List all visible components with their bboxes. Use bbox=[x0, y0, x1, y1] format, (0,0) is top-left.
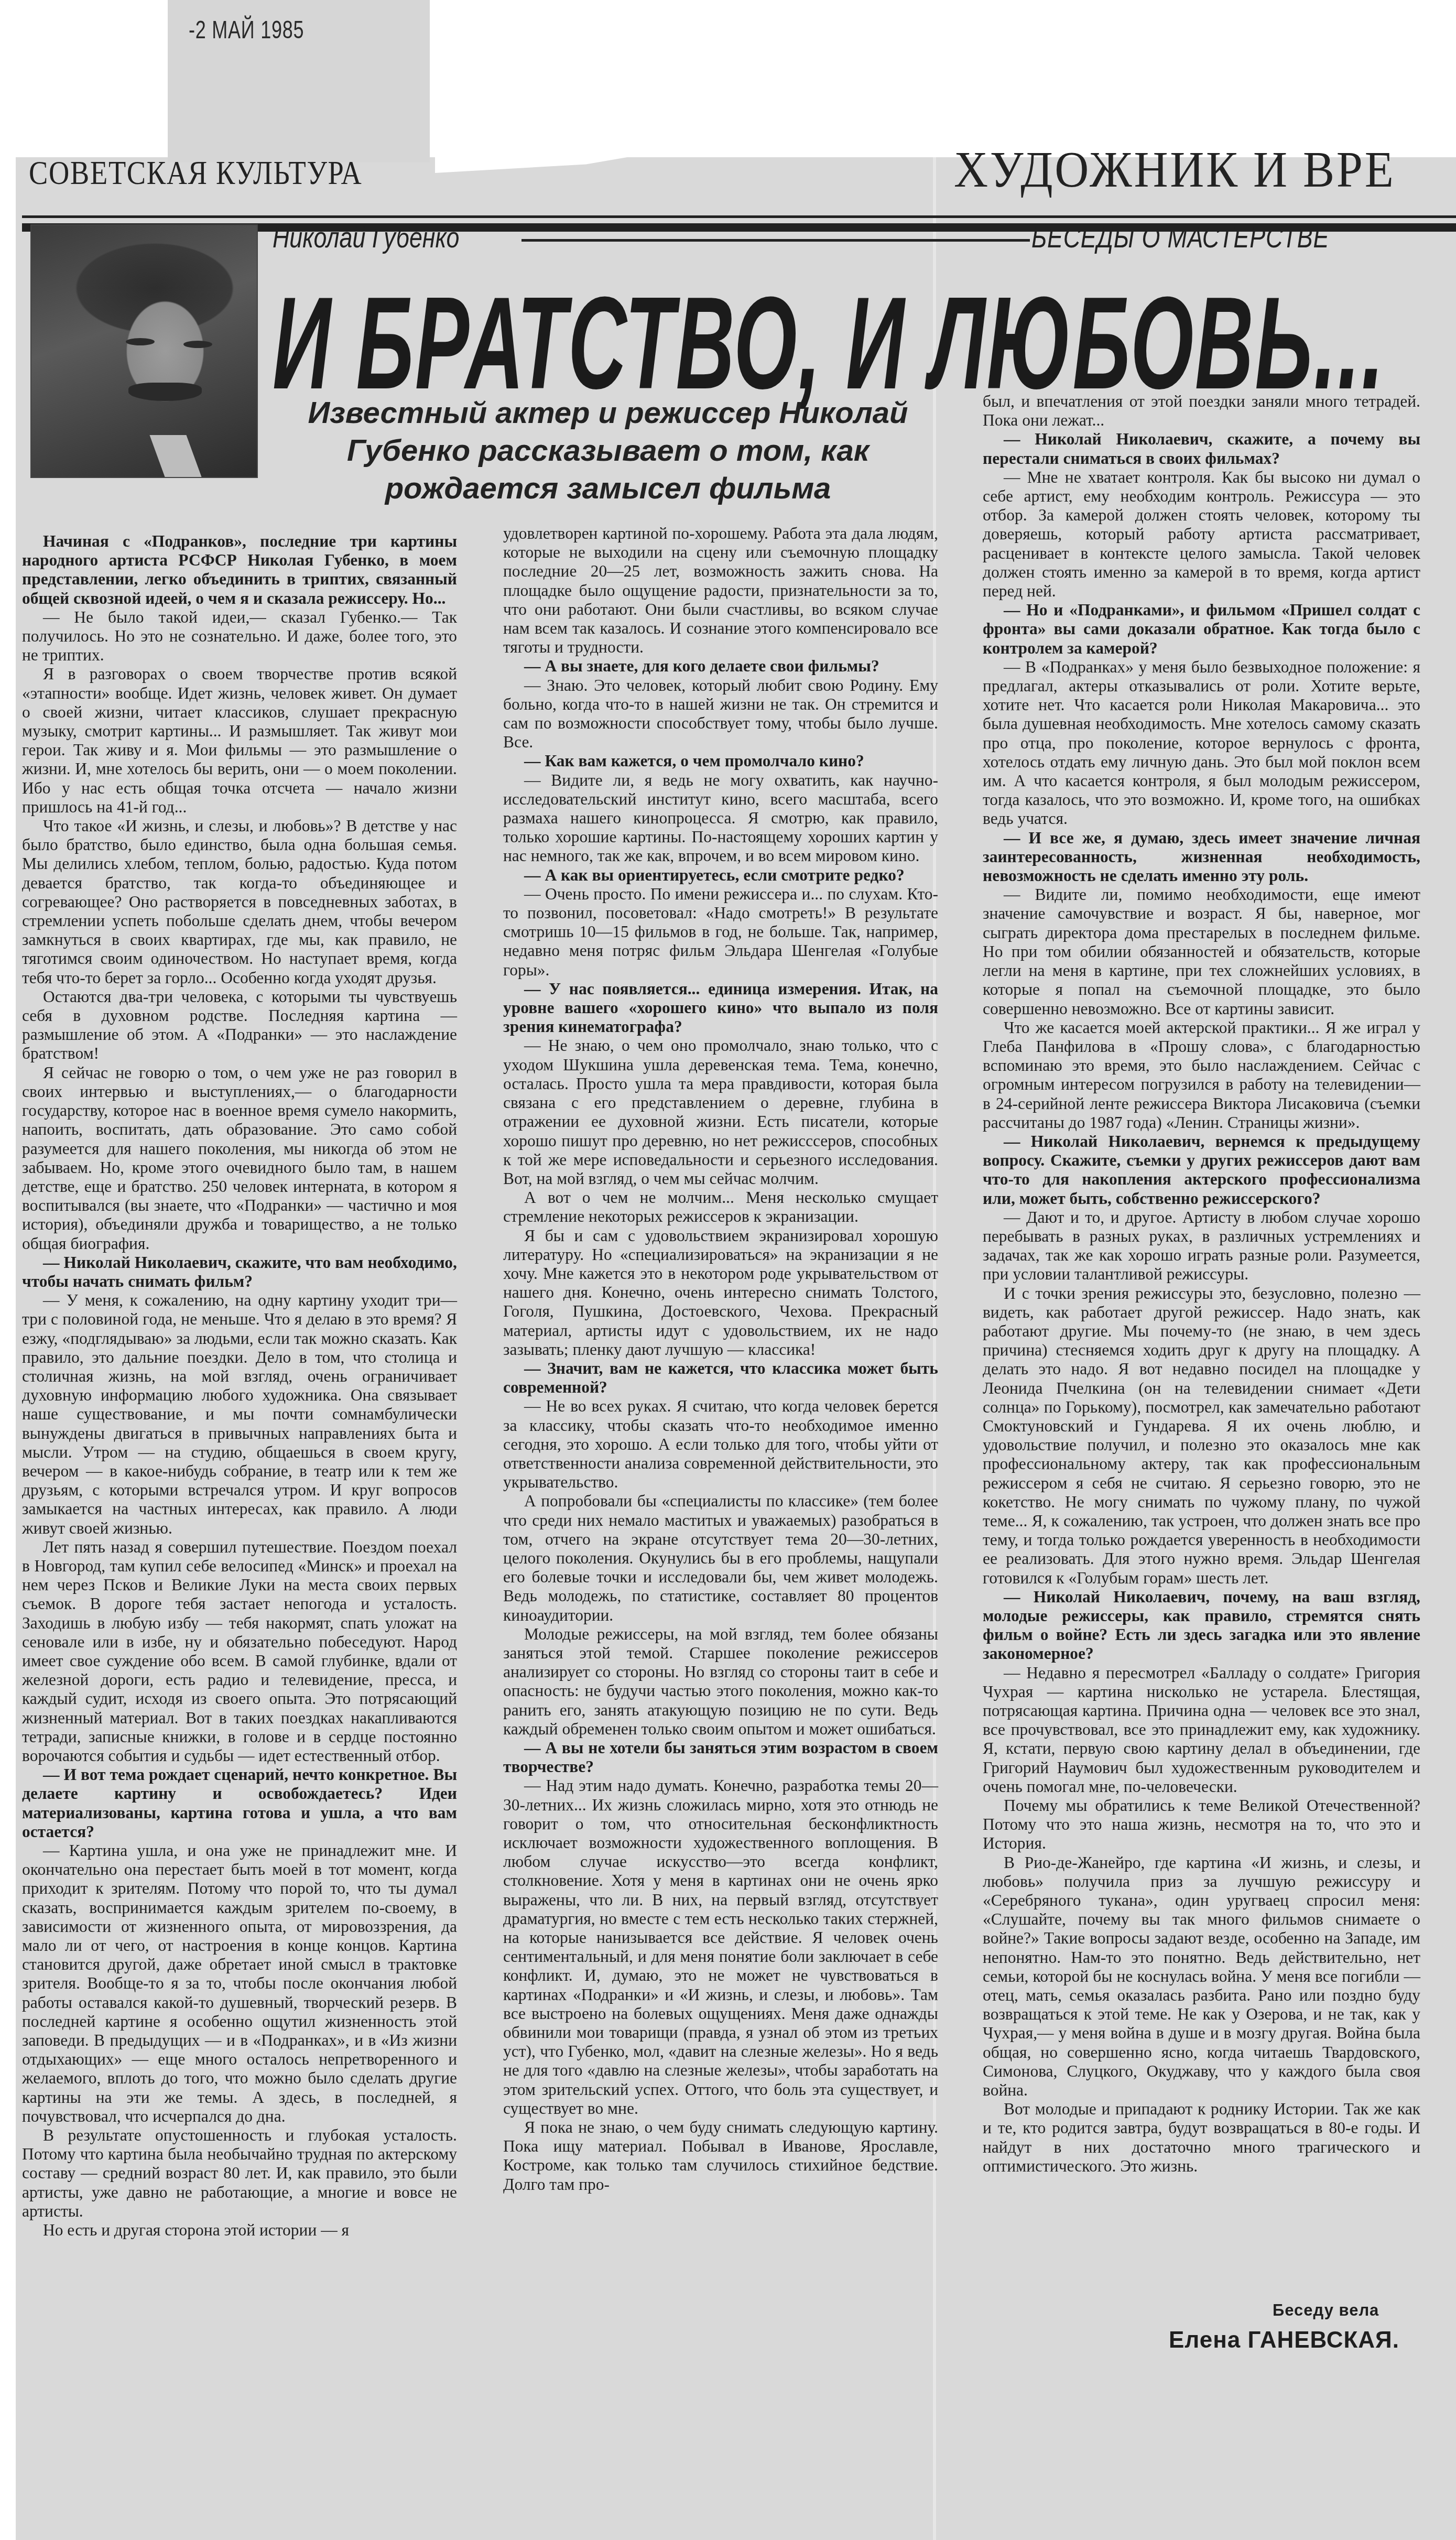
interview-question: — Как вам кажется, о чем промолчало кино… bbox=[503, 752, 938, 770]
paragraph: — Картина ушла, и она уже не принадлежит… bbox=[22, 1841, 457, 2126]
paragraph: А попробовали бы «специалисты по классик… bbox=[503, 1492, 938, 1624]
paragraph: В Рио-де-Жанейро, где картина «И жизнь, … bbox=[983, 1853, 1420, 2100]
interview-question: — Николай Николаевич, вернемся к предыду… bbox=[983, 1132, 1420, 1208]
article-lede: Известный актер и режиссер Николай Губен… bbox=[283, 394, 933, 507]
paragraph: Что же касается моей актерской практики.… bbox=[983, 1018, 1420, 1132]
interview-question: — А вы знаете, для кого делаете свои фил… bbox=[503, 657, 938, 676]
article-headline: И БРАТСТВО, И ЛЮБОВЬ... bbox=[273, 278, 1385, 409]
paragraph: Вот молодые и припадают к роднику Истори… bbox=[983, 2100, 1420, 2176]
photo-mustache bbox=[128, 383, 202, 401]
paragraph: — Не знаю, о чем оно промолчало, знаю то… bbox=[503, 1036, 938, 1188]
paragraph: — Не было такой идеи,— сказал Губенко.— … bbox=[22, 608, 457, 665]
paragraph: Что такое «И жизнь, и слезы, и любовь»? … bbox=[22, 817, 457, 987]
paragraph: — Не во всех руках. Я считаю, что когда … bbox=[503, 1397, 938, 1492]
interview-question: — Николай Николаевич, почему, на ваш взг… bbox=[983, 1588, 1420, 1664]
article-column-2: удовлетворен картиной по-хорошему. Работ… bbox=[503, 524, 938, 2194]
paragraph: Почему мы обратились к теме Великой Отеч… bbox=[983, 1796, 1420, 1853]
paragraph: удовлетворен картиной по-хорошему. Работ… bbox=[503, 524, 938, 657]
paragraph: был, и впечатления от этой поездки занял… bbox=[983, 392, 1420, 430]
paragraph: Я сейчас не говорю о том, о чем уже не р… bbox=[22, 1063, 457, 1253]
paragraph: И с точки зрения режиссуры это, безуслов… bbox=[983, 1284, 1420, 1588]
signature-label: Беседу вела bbox=[1273, 2301, 1379, 2320]
paragraph: — Видите ли, помимо необходимости, еще и… bbox=[983, 885, 1420, 1018]
rubric-label: БЕСЕДЫ О МАСТЕРСТВЕ bbox=[1031, 220, 1329, 254]
interview-question: — У нас появляется... единица измерения.… bbox=[503, 980, 938, 1037]
interview-question: — Но и «Подранками», и фильмом «Пришел с… bbox=[983, 601, 1420, 658]
photo-eye-right bbox=[183, 341, 212, 348]
interview-question: — Николай Николаевич, скажите, а почему … bbox=[983, 430, 1420, 468]
paragraph: — Дают и то, и другое. Артисту в любом с… bbox=[983, 1208, 1420, 1284]
interview-question: — А как вы ориентируетесь, если смотрите… bbox=[503, 866, 938, 885]
paragraph: Но есть и другая сторона этой истории — … bbox=[22, 2221, 457, 2240]
byline-divider bbox=[521, 239, 1030, 242]
paragraph: Остаются два-три человека, с которыми ты… bbox=[22, 987, 457, 1063]
interview-question: — И все же, я думаю, здесь имеет значени… bbox=[983, 829, 1420, 886]
interview-question: — Значит, вам не кажется, что классика м… bbox=[503, 1359, 938, 1397]
date-stamp: -2 МАЙ 1985 bbox=[189, 16, 304, 45]
masthead-rule-thin bbox=[22, 215, 1456, 218]
paragraph: Я бы и сам с удовольствием экранизировал… bbox=[503, 1226, 938, 1359]
interview-question: — А вы не хотели бы заняться этим возрас… bbox=[503, 1739, 938, 1776]
paragraph: — Мне не хватает контроля. Как бы высоко… bbox=[983, 468, 1420, 601]
photo-eye-left bbox=[126, 338, 155, 345]
byline-name: Николай Губенко bbox=[273, 220, 460, 254]
paragraph: — Недавно я пересмотрел «Балладу о солда… bbox=[983, 1664, 1420, 1796]
interview-question: — И вот тема рождает сценарий, нечто кон… bbox=[22, 1765, 457, 1841]
interview-question: — Николай Николаевич, скажите, что вам н… bbox=[22, 1253, 457, 1291]
paragraph: — Знаю. Это человек, который любит свою … bbox=[503, 676, 938, 752]
paragraph: Я пока не знаю, о чем буду снимать следу… bbox=[503, 2118, 938, 2194]
torn-edge-gap bbox=[435, 0, 938, 173]
intro-paragraph: Начиная с «Подранков», последние три кар… bbox=[22, 532, 457, 608]
paragraph: — Видите ли, я ведь не могу охватить, ка… bbox=[503, 771, 938, 866]
article-column-3: был, и впечатления от этой поездки занял… bbox=[983, 392, 1420, 2176]
photo-collar bbox=[149, 435, 201, 477]
paragraph: — Очень просто. По имени режиссера и... … bbox=[503, 885, 938, 980]
paragraph: — У меня, к сожалению, на одну картину у… bbox=[22, 1291, 457, 1538]
paragraph: В результате опустошенность и глубокая у… bbox=[22, 2126, 457, 2221]
article-column-1: Начиная с «Подранков», последние три кар… bbox=[22, 532, 457, 2240]
paragraph: — Над этим надо думать. Конечно, разрабо… bbox=[503, 1776, 938, 2118]
paragraph: А вот о чем не молчим... Меня несколько … bbox=[503, 1188, 938, 1226]
byline-row: Николай Губенко БЕСЕДЫ О МАСТЕРСТВЕ bbox=[273, 220, 1426, 257]
paragraph: — В «Подранках» у меня было безвыходное … bbox=[983, 658, 1420, 829]
paragraph: Молодые режиссеры, на мой взгляд, тем бо… bbox=[503, 1625, 938, 1739]
section-title: ХУДОЖНИК И ВРЕ bbox=[954, 140, 1395, 199]
portrait-photo bbox=[30, 224, 258, 478]
paragraph: Я в разговорах о своем творчестве против… bbox=[22, 665, 457, 817]
paragraph: Лет пять назад я совершил путешествие. П… bbox=[22, 1538, 457, 1765]
newspaper-name: СОВЕТСКАЯ КУЛЬТУРА bbox=[29, 154, 363, 192]
signature-name: Елена ГАНЕВСКАЯ. bbox=[1169, 2327, 1399, 2353]
